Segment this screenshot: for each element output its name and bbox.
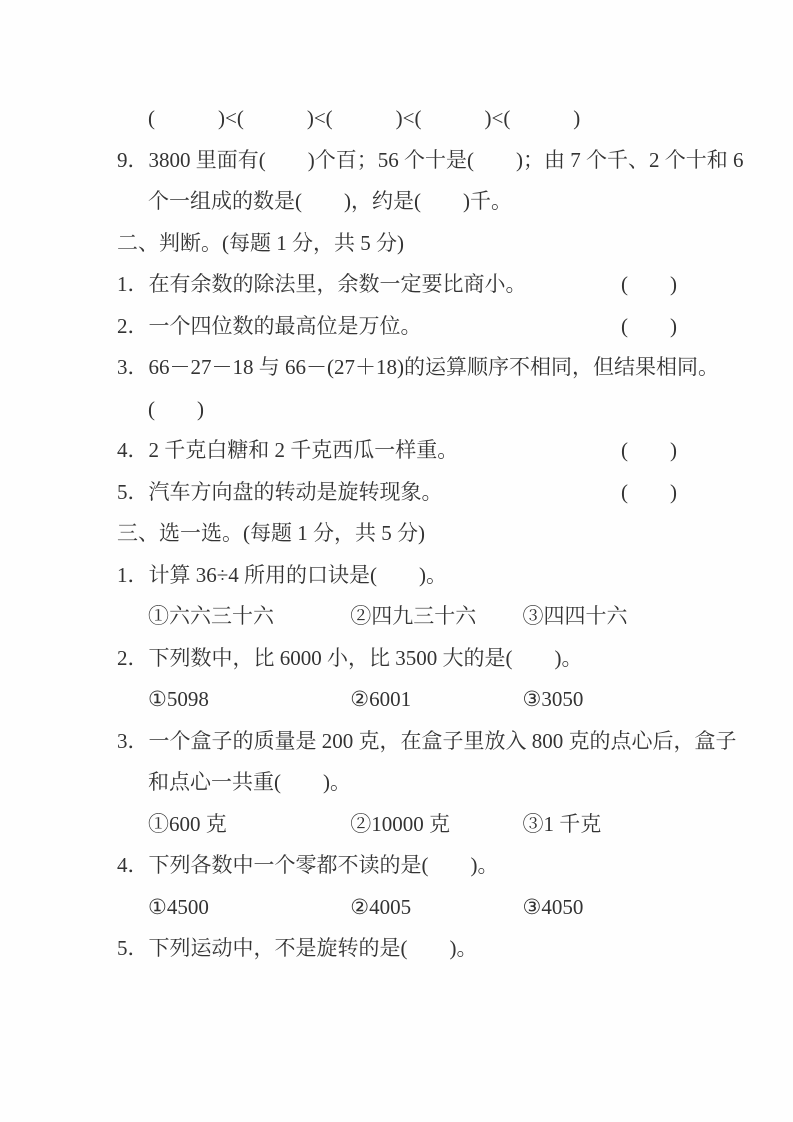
choice-question-1: 1．计算 36÷4 所用的口诀是( )。 [117, 555, 677, 597]
section-judge-heading: 二、判断。(每题 1 分，共 5 分) [117, 223, 677, 265]
choice-question-5: 5．下列运动中，不是旋转的是( )。 [117, 928, 677, 970]
choice-question-4-options: ①4500 ②4005 ③4050 [117, 887, 677, 929]
judge-item-4: 4．2 千克白糖和 2 千克西瓜一样重。 ( ) [117, 430, 677, 472]
judge-item-5: 5．汽车方向盘的转动是旋转现象。 ( ) [117, 472, 677, 514]
judge-item-3-text: 3．66－27－18 与 66－(27＋18)的运算顺序不相同，但结果相同。 [117, 355, 719, 379]
judge-item-2-text: 2．一个四位数的最高位是万位。 [117, 306, 422, 348]
choice-question-2: 2．下列数中，比 6000 小，比 3500 大的是( )。 [117, 638, 677, 680]
choice-2-option-2: ②6001 [350, 679, 517, 721]
choice-2-option-3: ③3050 [523, 679, 584, 721]
choice-3-option-3: ③1 千克 [523, 804, 602, 846]
question-9-line-2: 个一组成的数是( )，约是( )千。 [117, 181, 677, 223]
choice-1-option-1: ①六六三十六 [148, 596, 345, 638]
judge-item-3: 3．66－27－18 与 66－(27＋18)的运算顺序不相同，但结果相同。 [117, 347, 677, 389]
test-paper-page: ( )<( )<( )<( )<( ) 9．3800 里面有( )个百；56 个… [0, 0, 793, 1122]
section-choice-heading: 三、选一选。(每题 1 分，共 5 分) [117, 513, 677, 555]
choice-4-option-3: ③4050 [523, 887, 584, 929]
judge-item-1-text: 1．在有余数的除法里，余数一定要比商小。 [117, 264, 527, 306]
choice-3-option-2: ②10000 克 [350, 804, 517, 846]
comparison-blanks-row: ( )<( )<( )<( )<( ) [117, 98, 677, 140]
question-9-line-1: 9．3800 里面有( )个百；56 个十是( )；由 7 个千、2 个十和 6 [117, 140, 677, 182]
judge-item-2: 2．一个四位数的最高位是万位。 ( ) [117, 306, 677, 348]
choice-4-option-2: ②4005 [350, 887, 517, 929]
choice-question-3-options: ①600 克 ②10000 克 ③1 千克 [117, 804, 677, 846]
choice-3-option-1: ①600 克 [148, 804, 345, 846]
judge-item-2-answer-blank: ( ) [621, 306, 677, 348]
choice-question-3-line-1: 3．一个盒子的质量是 200 克，在盒子里放入 800 克的点心后，盒子 [117, 721, 677, 763]
choice-question-4: 4．下列各数中一个零都不读的是( )。 [117, 845, 677, 887]
judge-item-5-answer-blank: ( ) [621, 472, 677, 514]
judge-item-4-text: 4．2 千克白糖和 2 千克西瓜一样重。 [117, 430, 458, 472]
choice-2-option-1: ①5098 [148, 679, 345, 721]
choice-question-2-options: ①5098 ②6001 ③3050 [117, 679, 677, 721]
judge-item-5-text: 5．汽车方向盘的转动是旋转现象。 [117, 472, 443, 514]
choice-question-3-line-2: 和点心一共重( )。 [117, 762, 677, 804]
choice-1-option-3: ③四四十六 [523, 596, 628, 638]
judge-item-4-answer-blank: ( ) [621, 430, 677, 472]
choice-4-option-1: ①4500 [148, 887, 345, 929]
judge-item-1-answer-blank: ( ) [621, 264, 677, 306]
judge-item-3-answer-blank: ( ) [117, 389, 677, 431]
choice-1-option-2: ②四九三十六 [350, 596, 517, 638]
choice-question-1-options: ①六六三十六 ②四九三十六 ③四四十六 [117, 596, 677, 638]
judge-item-1: 1．在有余数的除法里，余数一定要比商小。 ( ) [117, 264, 677, 306]
